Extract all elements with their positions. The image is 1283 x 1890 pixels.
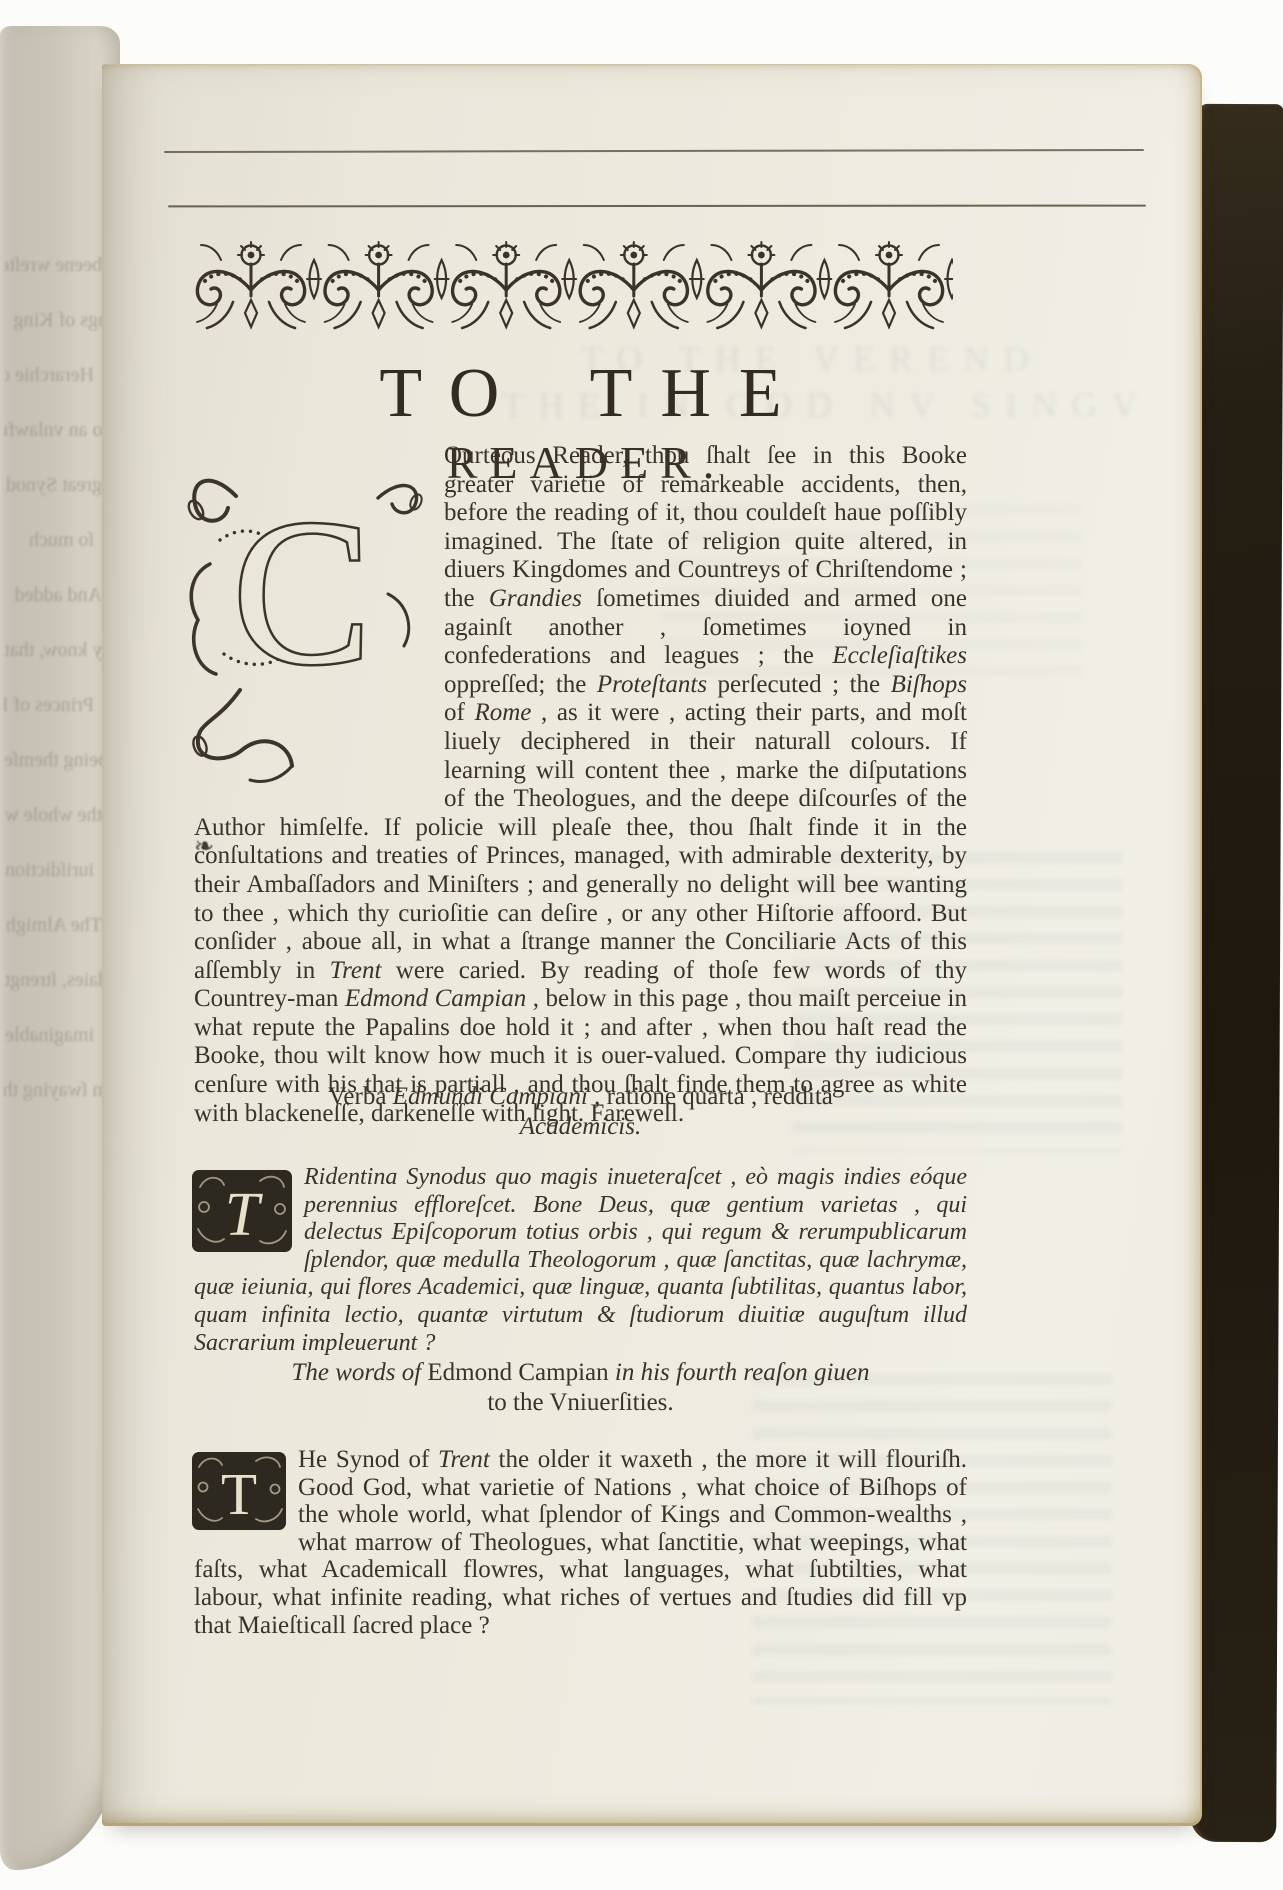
heading-line: to the Vniuerſities. — [194, 1388, 967, 1418]
paragraph-text: He Synod of Trent the older it waxeth , … — [194, 1446, 967, 1639]
initial-letter-t: T — [221, 1461, 257, 1527]
ghost-text-line: in ſwaying the — [4, 1063, 108, 1118]
heading-line: Verba Edmundi Campiani , ratione quarta … — [194, 1082, 967, 1112]
ruled-line-top — [164, 149, 1144, 153]
ghost-text-line: ly know, that m — [4, 623, 108, 678]
ghost-text-line: daies, ſtrength o — [4, 953, 108, 1008]
heading-words-of-campian: The words of Edmond Campian in his fourt… — [194, 1358, 967, 1418]
heading-verba-campiani: Verba Edmundi Campiani , ratione quarta … — [194, 1082, 967, 1142]
heading-line: Academicis. — [194, 1112, 967, 1142]
ghost-text-line: iuriſdiction — [4, 843, 94, 898]
book-photo: { "page": { "title_line1": "TO THE", "ti… — [0, 0, 1283, 1890]
ghost-text-line: ngs of King — [4, 293, 108, 348]
decorated-initial-c: C — [180, 444, 432, 789]
paragraph-latin: T Ridentina Synodus quo magis inueteraſc… — [194, 1164, 967, 1357]
ruled-line-second — [168, 205, 1146, 208]
showthrough-text-left: beene wreſtedngs of KingHerarchie of tht… — [4, 238, 108, 1118]
decorated-initial-t: T — [190, 1167, 294, 1255]
ghost-text-line: ſo much — [4, 513, 94, 568]
paragraph-english: T He Synod of Trent the older it waxeth … — [194, 1446, 967, 1639]
heading-line: The words of Edmond Campian in his fourt… — [194, 1358, 967, 1388]
headpiece-ornament-icon — [187, 234, 953, 336]
ghost-text-line: the whole wor — [4, 788, 102, 843]
ghost-text-line: great Synod, o — [4, 458, 102, 513]
ghost-text-line: Herarchie of th — [4, 348, 94, 403]
ghost-text-line: Princes of Eng — [4, 678, 94, 733]
ghost-text-line: beene wreſted — [4, 238, 102, 293]
book-page: TO THE VERENDTHE IN GOD NV SINGV — [102, 64, 1202, 1826]
vine-terminal-ornament: ❧ — [194, 832, 212, 858]
ghost-text-line: imaginable hap — [4, 1008, 94, 1063]
paragraph-text: Ridentina Synodus quo magis inueteraſcet… — [194, 1164, 967, 1356]
ghost-text-line: to an vnlawfu — [4, 403, 108, 458]
initial-letter-t: T — [225, 1181, 264, 1249]
initial-letter-c: C — [233, 477, 372, 707]
ghost-text-line: The Almigh — [4, 898, 102, 953]
page-title: TO THE — [194, 354, 967, 434]
paragraph-to-reader: C Ourteous Reader, thou ſhalt ſee in thi… — [194, 442, 967, 1128]
decorated-initial-t: T — [190, 1449, 288, 1533]
ghost-text-line: being themſelues ſo — [4, 733, 108, 788]
book-cover-board — [1190, 104, 1283, 1842]
ghost-text-line: And added — [4, 568, 102, 623]
